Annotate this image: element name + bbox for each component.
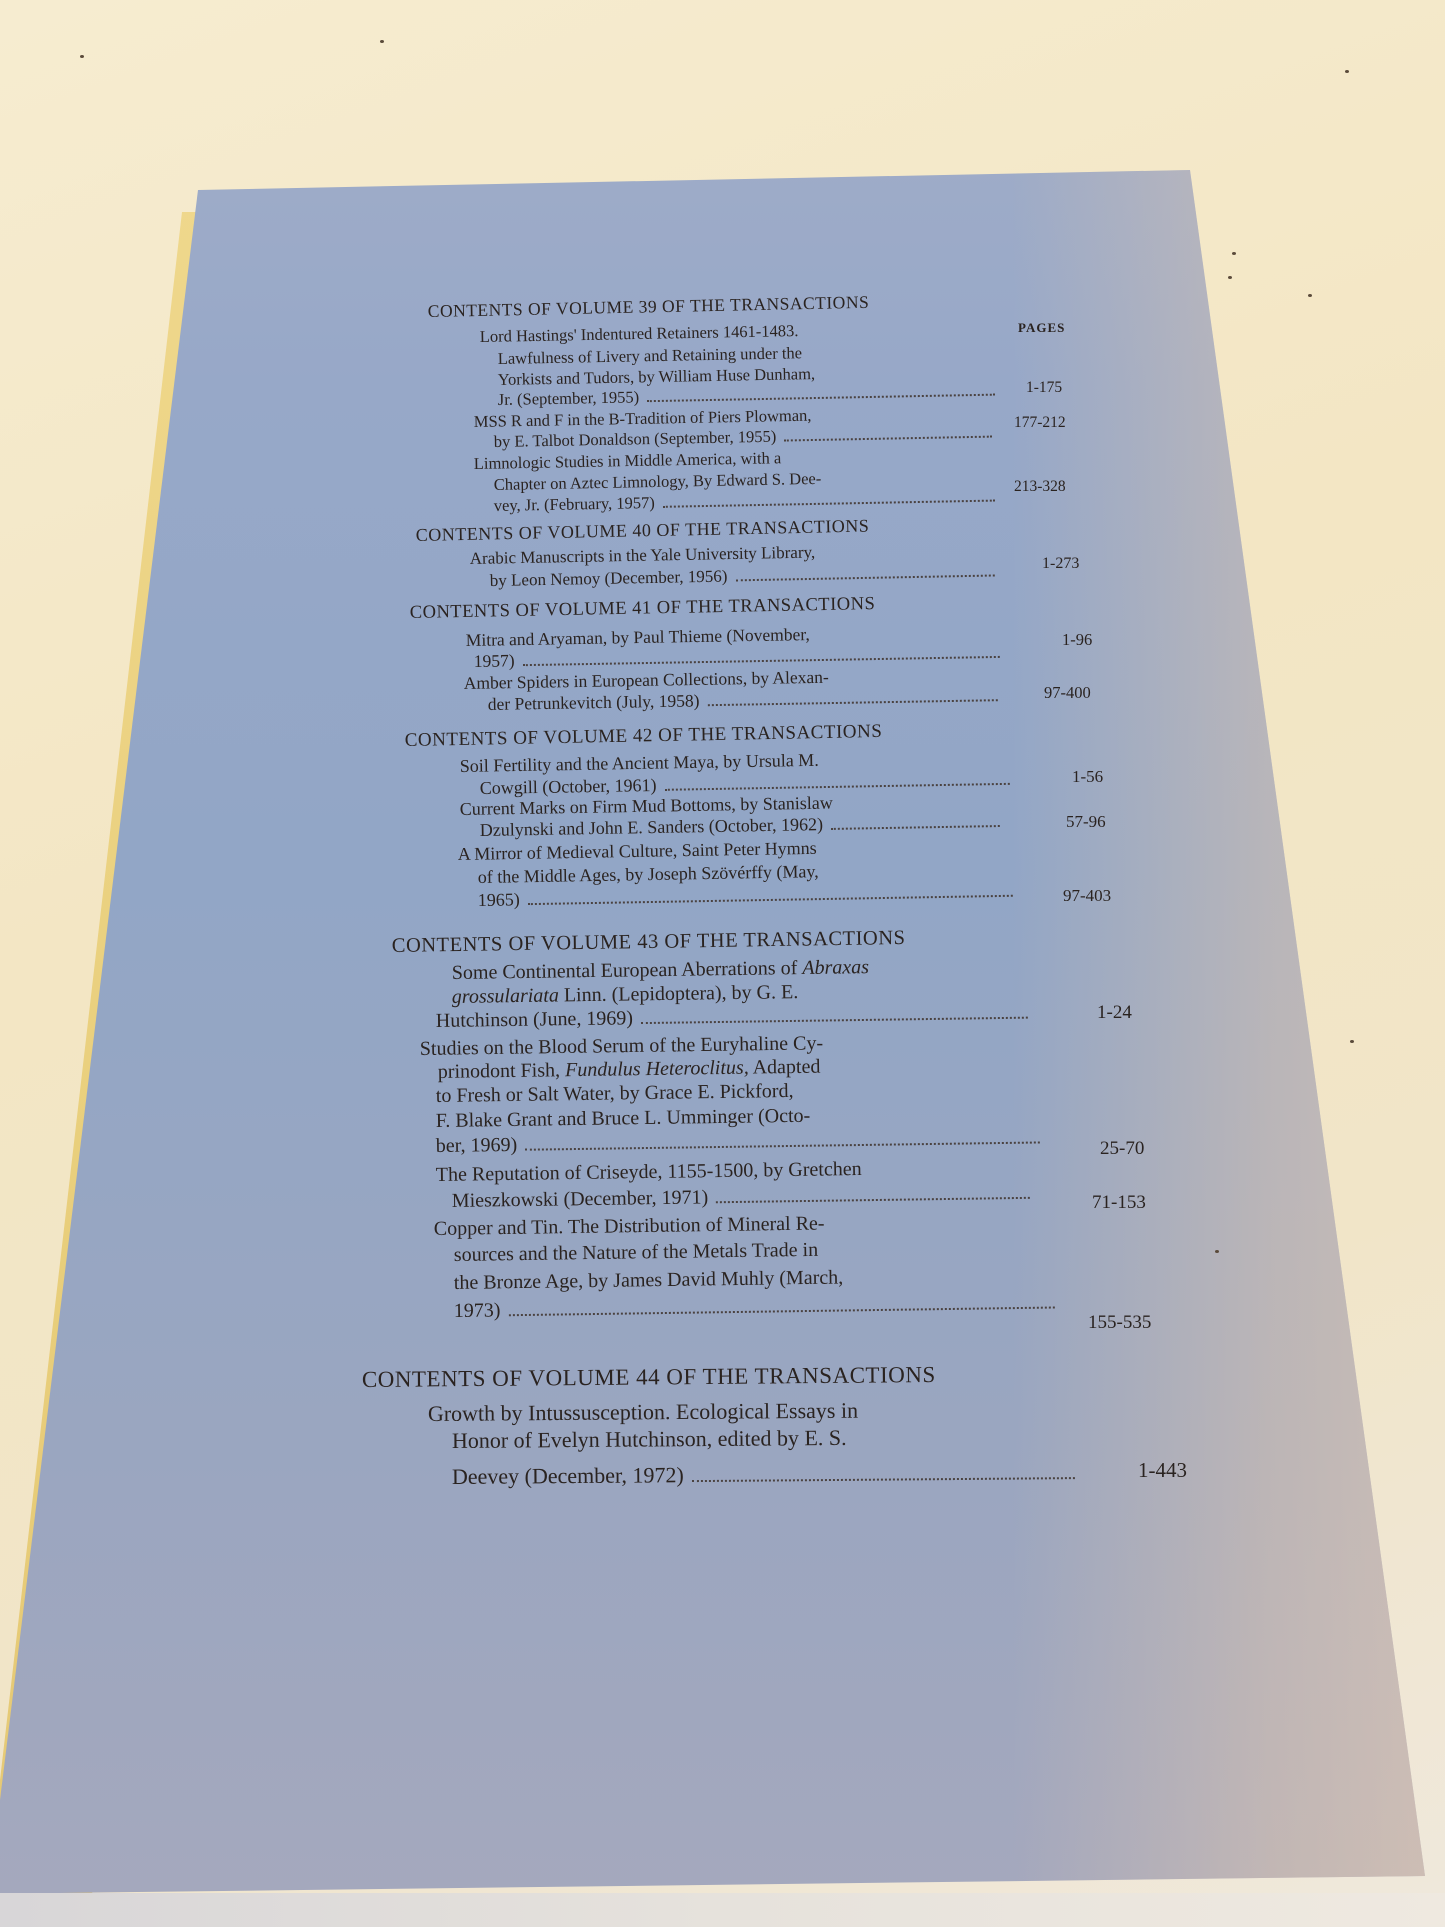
entry-line: Growth by Intussusception. Ecological Es… bbox=[428, 1398, 858, 1427]
dot-leader bbox=[831, 825, 999, 830]
dust-speck bbox=[1232, 252, 1236, 255]
dust-speck bbox=[380, 40, 384, 43]
volume-heading: CONTENTS OF VOLUME 42 OF THE TRANSACTION… bbox=[405, 721, 883, 752]
page-range: 25-70 bbox=[1100, 1138, 1144, 1160]
page-range: 177-212 bbox=[1014, 414, 1066, 432]
dot-leader bbox=[525, 1141, 1039, 1150]
page-range: 1-175 bbox=[1026, 379, 1062, 397]
volume-heading: CONTENTS OF VOLUME 43 OF THE TRANSACTION… bbox=[392, 926, 906, 957]
dot-leader bbox=[784, 435, 991, 441]
entry-line: of the Middle Ages, by Joseph Szövérffy … bbox=[478, 861, 819, 888]
dot-leader bbox=[665, 783, 1010, 791]
dust-speck bbox=[1345, 70, 1349, 73]
dust-speck bbox=[80, 55, 84, 58]
dot-leader bbox=[509, 1307, 1055, 1317]
entry-line: the Bronze Age, by James David Muhly (Ma… bbox=[454, 1266, 844, 1295]
entry-line: A Mirror of Medieval Culture, Saint Pete… bbox=[458, 838, 817, 865]
dust-speck bbox=[1350, 1040, 1354, 1043]
page-range: 97-400 bbox=[1044, 683, 1091, 703]
entry-line: F. Blake Grant and Bruce L. Umminger (Oc… bbox=[436, 1105, 811, 1133]
dot-leader bbox=[716, 1197, 1029, 1203]
dot-leader bbox=[692, 1477, 1075, 1482]
entry-line: The Reputation of Criseyde, 1155-1500, b… bbox=[436, 1158, 862, 1187]
entry-line: Copper and Tin. The Distribution of Mine… bbox=[434, 1212, 825, 1241]
page-range: 155-535 bbox=[1088, 1312, 1151, 1334]
pages-column-label: PAGES bbox=[1018, 320, 1065, 336]
dot-leader bbox=[641, 1017, 1027, 1024]
page-range: 71-153 bbox=[1092, 1192, 1146, 1214]
dust-speck bbox=[1228, 276, 1232, 279]
page-range: 1-24 bbox=[1097, 1002, 1132, 1024]
page-range: 1-273 bbox=[1042, 555, 1079, 573]
dust-speck bbox=[1215, 1250, 1219, 1253]
page-range: 57-96 bbox=[1066, 812, 1106, 832]
page-range: 97-403 bbox=[1063, 886, 1111, 906]
page-range: 213-328 bbox=[1014, 478, 1066, 496]
entry-line: 1973) bbox=[454, 1292, 1055, 1323]
dot-leader bbox=[663, 499, 995, 507]
dot-leader bbox=[523, 655, 1000, 665]
dust-speck bbox=[1308, 294, 1312, 297]
entry-line: Mieszkowski (December, 1971) bbox=[452, 1182, 1030, 1213]
dot-leader bbox=[708, 699, 998, 706]
table-of-contents: PAGES CONTENTS OF VOLUME 39 OF THE TRANS… bbox=[0, 0, 1445, 1927]
page-range: 1-56 bbox=[1072, 767, 1103, 787]
page-range: 1-96 bbox=[1062, 630, 1092, 650]
dot-leader bbox=[736, 574, 995, 581]
dot-leader bbox=[528, 895, 1013, 905]
entry-line: to Fresh or Salt Water, by Grace E. Pick… bbox=[436, 1080, 794, 1108]
entry-line: Honor of Evelyn Hutchinson, edited by E.… bbox=[452, 1425, 847, 1454]
entry-line: sources and the Nature of the Metals Tra… bbox=[454, 1239, 819, 1267]
volume-heading: CONTENTS OF VOLUME 39 OF THE TRANSACTION… bbox=[428, 291, 870, 321]
volume-heading: CONTENTS OF VOLUME 40 OF THE TRANSACTION… bbox=[416, 516, 870, 546]
entry-line: Some Continental European Aberrations of… bbox=[452, 956, 869, 985]
entry-line: Lord Hastings' Indentured Retainers 1461… bbox=[480, 320, 799, 346]
dot-leader bbox=[647, 393, 994, 402]
entry-line: Deevey (December, 1972) bbox=[452, 1459, 1075, 1490]
volume-heading: CONTENTS OF VOLUME 41 OF THE TRANSACTION… bbox=[410, 594, 876, 624]
page-range: 1-443 bbox=[1138, 1458, 1187, 1483]
volume-heading: CONTENTS OF VOLUME 44 OF THE TRANSACTION… bbox=[362, 1362, 936, 1393]
